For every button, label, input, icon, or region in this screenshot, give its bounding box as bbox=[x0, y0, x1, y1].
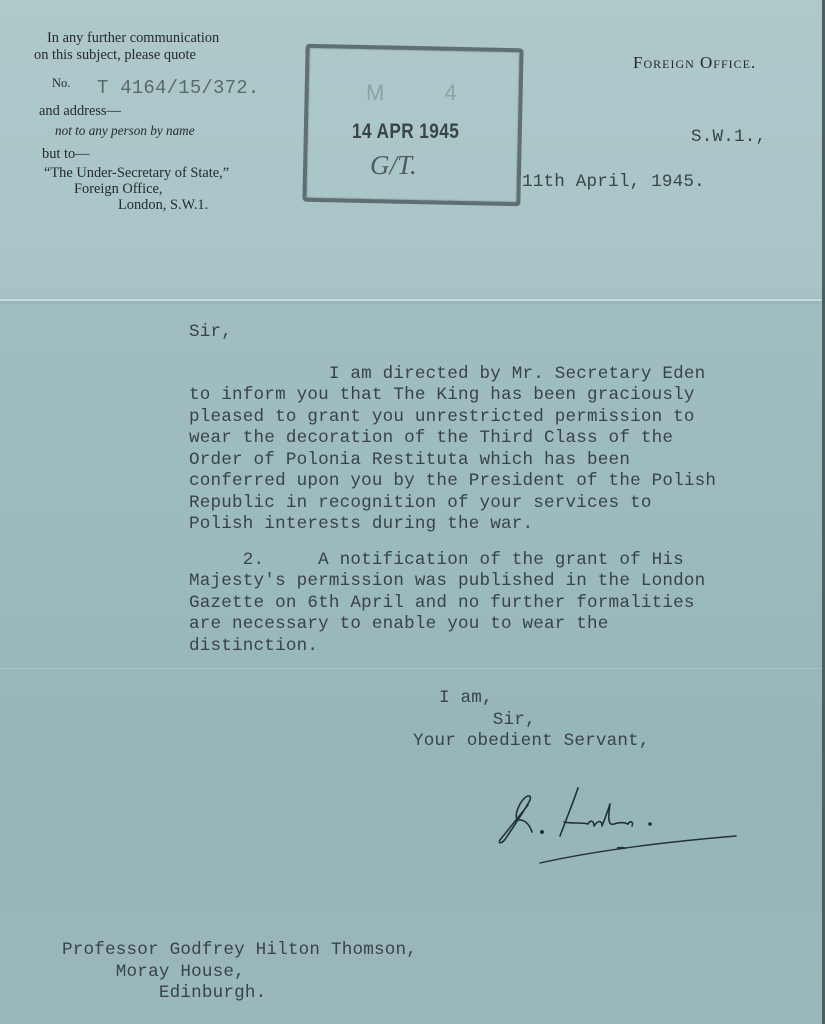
paragraph-1-line: Order of Polonia Restituta which has bee… bbox=[189, 450, 716, 472]
paragraph-1: I am directed by Mr. Secretary Eden to i… bbox=[189, 364, 716, 536]
paragraph-2-line: Gazette on 6th April and no further form… bbox=[189, 593, 716, 615]
paper-fold-faint bbox=[0, 668, 822, 669]
handwritten-signature-icon bbox=[490, 760, 750, 870]
paragraph-1-line: Polish interests during the war. bbox=[189, 514, 716, 536]
paragraph-1-line: wear the decoration of the Third Class o… bbox=[189, 428, 716, 450]
reference-number-label: No. bbox=[52, 76, 70, 91]
letter-date: 11th April, 1945. bbox=[522, 172, 705, 192]
paragraph-2-line: Majesty's permission was published in th… bbox=[189, 571, 716, 593]
paragraph-2-line: are necessary to enable you to wear the bbox=[189, 614, 716, 636]
london-address: London, S.W.1. bbox=[118, 197, 208, 214]
stamp-faded-text: M 4 bbox=[366, 80, 473, 106]
recipient-city: Edinburgh. bbox=[62, 983, 417, 1005]
reference-number-value: T 4164/15/372. bbox=[97, 77, 259, 99]
recipient-name: Professor Godfrey Hilton Thomson, bbox=[62, 940, 417, 962]
paragraph-1-line: conferred upon you by the President of t… bbox=[189, 471, 716, 493]
paper-fold bbox=[0, 299, 822, 301]
recipient-building: Moray House, bbox=[62, 962, 417, 984]
and-address-label: and address— bbox=[39, 103, 121, 120]
sender-office-title: Foreign Office. bbox=[633, 53, 756, 73]
not-to-person-note: not to any person by name bbox=[55, 123, 195, 139]
stamp-initials: G/T. bbox=[370, 150, 417, 181]
but-to-label: but to— bbox=[42, 146, 90, 163]
closing-line-3: Your obedient Servant, bbox=[413, 731, 650, 753]
paragraph-2-line: distinction. bbox=[189, 636, 716, 658]
closing-block: I am, Sir, Your obedient Servant, bbox=[413, 688, 650, 753]
paragraph-1-line: Republic in recognition of your services… bbox=[189, 493, 716, 515]
under-secretary-address: “The Under-Secretary of State,” bbox=[44, 165, 229, 182]
paragraph-1-line: pleased to grant you unrestricted permis… bbox=[189, 407, 716, 429]
letter-body: Sir, I am directed by Mr. Secretary Eden… bbox=[189, 322, 716, 657]
closing-line-1: I am, bbox=[413, 688, 650, 710]
sender-postal-district: S.W.1., bbox=[691, 127, 766, 147]
paragraph-2: 2. A notification of the grant of His Ma… bbox=[189, 550, 716, 658]
paragraph-1-line: I am directed by Mr. Secretary Eden bbox=[189, 364, 716, 386]
salutation: Sir, bbox=[189, 322, 716, 344]
recipient-address-block: Professor Godfrey Hilton Thomson, Moray … bbox=[62, 940, 417, 1005]
paragraph-2-line: 2. A notification of the grant of His bbox=[189, 550, 716, 572]
reference-instruction-line2: on this subject, please quote bbox=[34, 47, 196, 64]
stamp-date: 14 APR 1945 bbox=[352, 120, 459, 144]
paragraph-gap bbox=[189, 536, 716, 550]
reference-instruction-line1: In any further communication bbox=[47, 30, 219, 47]
foreign-office-address: Foreign Office, bbox=[74, 181, 162, 198]
closing-line-2: Sir, bbox=[413, 710, 650, 732]
paragraph-1-line: to inform you that The King has been gra… bbox=[189, 385, 716, 407]
